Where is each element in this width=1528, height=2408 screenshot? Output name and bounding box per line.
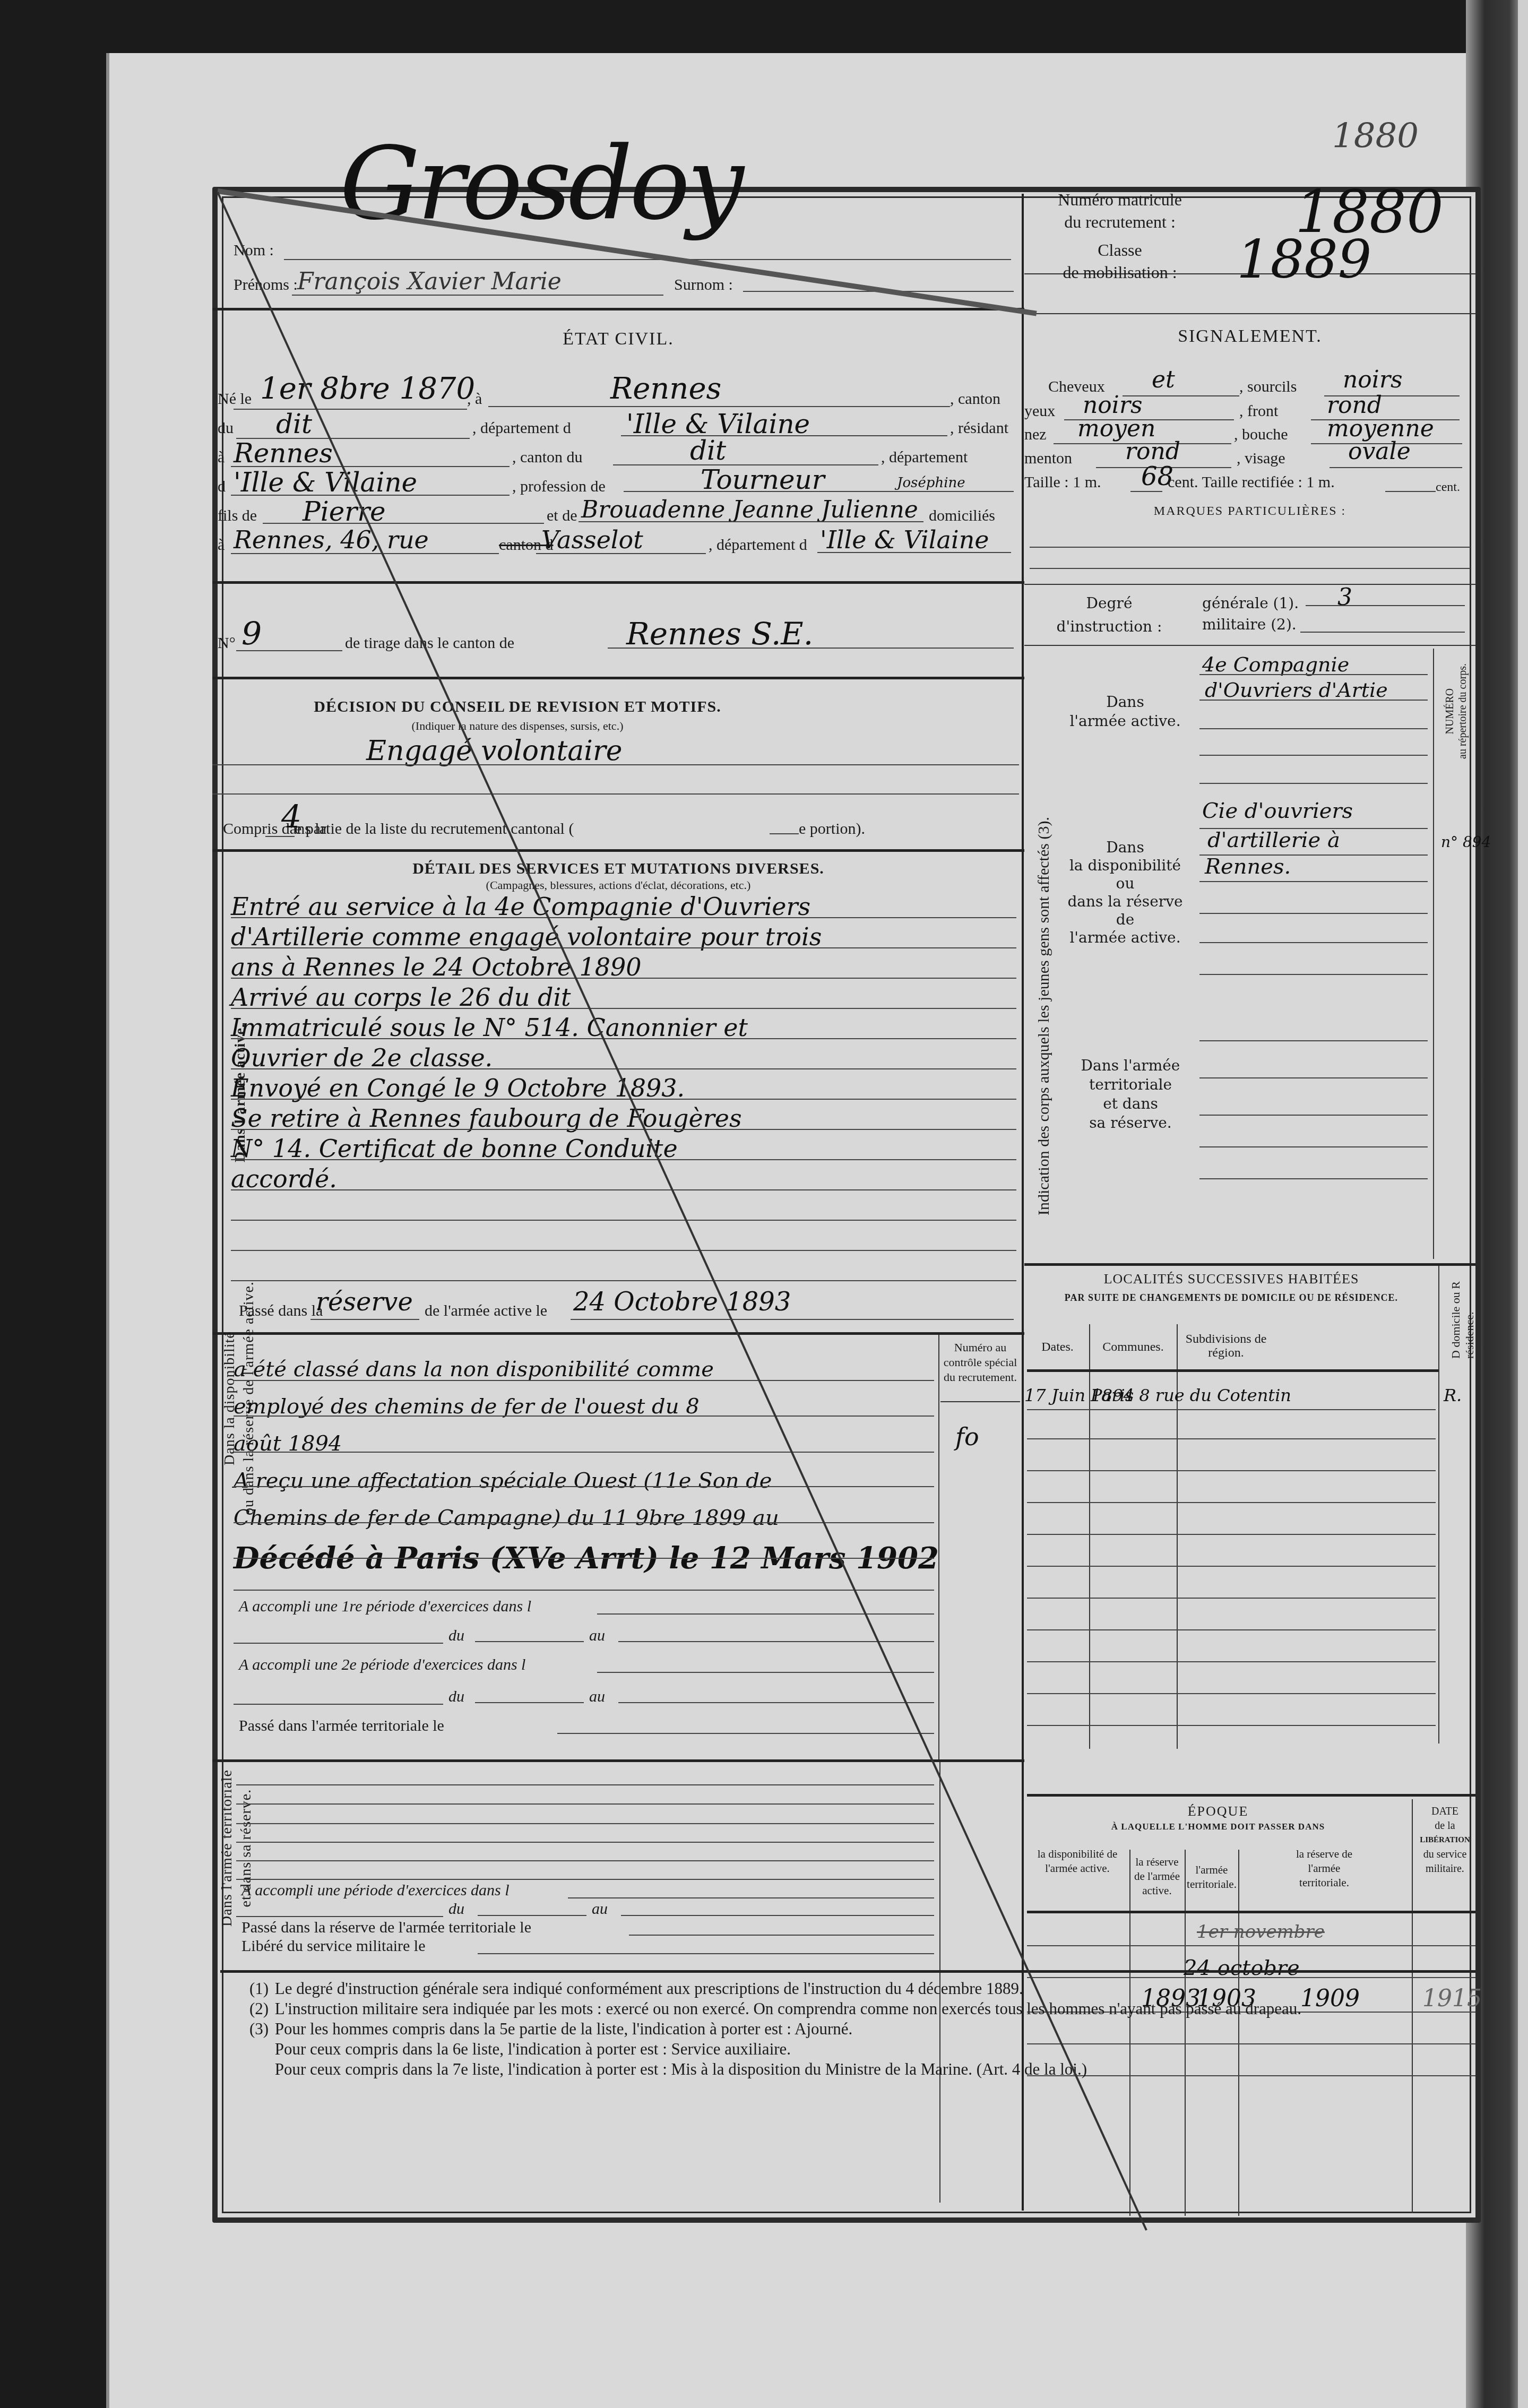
localites-line — [1027, 1502, 1436, 1503]
menton-label: menton — [1024, 450, 1072, 468]
services-rule — [231, 947, 1016, 948]
sourcils-label: , sourcils — [1239, 378, 1297, 396]
disponibilite-rule — [234, 1452, 934, 1453]
footnotes-divider — [220, 1970, 1475, 1973]
generale-line — [1306, 605, 1465, 606]
disponibilite-rule — [234, 1416, 934, 1417]
armee-active-label: de l'armée active le — [425, 1302, 547, 1320]
taille-label: Taille : 1 m. — [1024, 473, 1101, 491]
a-label: , à — [467, 390, 482, 408]
periode1-du-label: du — [448, 1627, 464, 1645]
localites-line — [1027, 1725, 1436, 1726]
et-de-label: et de — [547, 507, 577, 525]
territoriale-rule — [236, 1803, 934, 1805]
services-rule — [231, 1159, 1016, 1160]
d-label: d — [218, 478, 226, 496]
marques-line — [1030, 568, 1470, 569]
divider — [940, 1401, 1020, 1402]
corps-line — [1199, 700, 1428, 701]
disponibilite-line: employé des chemins de fer de l'ouest du… — [234, 1388, 939, 1425]
corner-annotation: 1880 — [1332, 117, 1419, 156]
epoque-line — [1027, 1977, 1475, 1978]
services-rule — [231, 1250, 1016, 1251]
no-label: N° — [218, 634, 236, 652]
no-value: 9 — [241, 616, 262, 653]
services-rule — [231, 1008, 1016, 1009]
corps-value: 4e Compagnie — [1202, 653, 1349, 676]
nom-label: Nom : — [234, 241, 274, 260]
passe-reserve-label: Passé dans la réserve de l'armée territo… — [241, 1919, 531, 1937]
nom-line — [284, 259, 1011, 260]
epoque-col-reserve-active: la réserve de l'armée active. — [1130, 1855, 1184, 1898]
localites-line — [1027, 1566, 1436, 1567]
epoque-col-territoriale: l'armée territoriale. — [1186, 1863, 1238, 1892]
disponibilite-line: Chemins de fer de Campagne) du 11 9bre 1… — [234, 1499, 939, 1537]
services-rule — [231, 1280, 1016, 1281]
classe-value: 1889 — [1237, 228, 1372, 290]
prenoms-line — [292, 295, 663, 296]
marques-label: MARQUES PARTICULIÈRES : — [1024, 504, 1475, 519]
column-divider — [1022, 194, 1024, 2211]
a3-label: à — [218, 536, 225, 554]
territoriale-rule — [236, 1860, 934, 1861]
periode1-from-line — [234, 1643, 443, 1644]
footnote-1: (1) Le degré d'instruction générale sera… — [249, 1979, 1301, 1999]
epoque-struck-note: 1er novembre — [1197, 1921, 1325, 1943]
footnote-3c: Pour ceux compris dans la 7e liste, l'in… — [249, 2059, 1301, 2079]
fils-de-label: fils de — [218, 507, 257, 525]
corps-line — [1199, 728, 1428, 729]
disponibilite-rule — [234, 1558, 934, 1559]
passe-date-line — [571, 1319, 1014, 1320]
canton-du-value: dit — [690, 435, 726, 466]
epoque-value-reserve-territoriale: 1909 — [1300, 1985, 1360, 2012]
disponibilite-line: août 1894 — [234, 1425, 939, 1462]
localites-col-dates: Dates. — [1027, 1340, 1088, 1354]
residant-label: , résidant — [950, 419, 1008, 437]
decision-value: Engagé volontaire — [366, 735, 623, 767]
passe-line — [310, 1319, 419, 1320]
tirage-line — [608, 648, 1014, 649]
surname-value: Grosdoy — [340, 125, 741, 242]
liberation-divider — [1412, 1799, 1413, 2213]
taille-line — [1130, 491, 1162, 492]
domicile-line — [231, 553, 499, 554]
etat-civil-title: ÉTAT CIVIL. — [212, 329, 1024, 349]
footnote-3: (3) Pour les hommes compris dans la 5e p… — [249, 2019, 1301, 2039]
corps-line — [1199, 783, 1428, 784]
epoque-subtitle: À LAQUELLE L'HOMME DOIT PASSER DANS — [1027, 1822, 1409, 1832]
tirage-label: de tirage dans le canton de — [345, 634, 514, 652]
yeux-label: yeux — [1024, 402, 1055, 420]
departement3-line — [817, 552, 1011, 553]
localites-col-subdivisions: Subdivisions de région. — [1178, 1332, 1274, 1360]
epoque-col-disponibilite: la disponibilité de l'armée active. — [1027, 1847, 1128, 1876]
passe-reserve-line — [629, 1935, 934, 1936]
corps-row-label: Dans l'armée territoriale et dans sa rés… — [1061, 1056, 1199, 1133]
facing-page-edge — [1518, 0, 1528, 2408]
periode2-from-line — [234, 1704, 443, 1705]
passe-territoriale-label: Passé dans l'armée territoriale le — [239, 1717, 444, 1735]
services-subtitle: (Campagnes, blessures, actions d'éclat, … — [212, 878, 1024, 892]
services-rule — [231, 1220, 1016, 1221]
localites-col-communes: Communes. — [1091, 1340, 1176, 1354]
territoriale-periode-line — [568, 1897, 934, 1898]
services-rule — [231, 1189, 1016, 1190]
corps-line — [1199, 1077, 1428, 1078]
services-title: DÉTAIL DES SERVICES ET MUTATIONS DIVERSE… — [212, 860, 1024, 878]
divider — [212, 677, 1024, 679]
visage-line — [1330, 467, 1462, 468]
portion-line — [770, 833, 799, 834]
visage-value: ovale — [1348, 438, 1411, 465]
no-line — [236, 650, 342, 651]
rue-value: Vasselot — [541, 525, 643, 554]
territoriale-au-line — [621, 1915, 934, 1916]
corps-numero-value: n° 894 — [1441, 833, 1491, 851]
disponibilite-rule — [234, 1590, 934, 1591]
territoriale-rule — [236, 1823, 934, 1824]
footnote-3b: Pour ceux compris dans la 6e liste, l'in… — [249, 2039, 1301, 2059]
localites-line — [1027, 1409, 1436, 1410]
profession-line — [624, 491, 1014, 492]
divider — [212, 1332, 1024, 1335]
disponibilite-line: a été classé dans la non disponibilité c… — [234, 1351, 939, 1388]
periode2-du-line — [475, 1702, 584, 1703]
periode2-au-label: au — [589, 1688, 605, 1706]
periode1-au-line — [618, 1641, 934, 1642]
mere-addition: Joséphine — [897, 475, 965, 491]
corps-value: d'artillerie à — [1207, 828, 1340, 852]
ne-le-label: Né le — [218, 390, 252, 408]
taille-rectifiee-label: cent. Taille rectifiée : 1 m. — [1168, 473, 1335, 491]
decision-line — [212, 793, 1019, 795]
corps-line — [1199, 974, 1428, 975]
a-line — [488, 406, 950, 407]
periode1-du-line — [475, 1641, 584, 1642]
domicilies-label: domiciliés — [929, 507, 995, 525]
decision-line — [212, 764, 1019, 765]
decision-subtitle: (Indiquer la nature des dispenses, sursi… — [212, 719, 823, 733]
territoriale-du-label: du — [448, 1900, 464, 1918]
d-line — [231, 495, 510, 496]
disponibilite-rule — [234, 1486, 934, 1487]
generale-label: générale (1). — [1202, 594, 1299, 612]
departement-label: , département d — [472, 419, 571, 437]
generale-value: 3 — [1337, 584, 1352, 611]
liberation-header: DATE de la LIBÉRATION du service militai… — [1414, 1805, 1475, 1876]
corps-line — [1199, 1178, 1428, 1179]
a2-value: Rennes — [234, 438, 333, 469]
periode2-au-line — [618, 1702, 934, 1703]
liberation-value: 1915 — [1422, 1985, 1482, 2012]
disponibilite-rule — [234, 1380, 934, 1381]
canton-du-label: , canton du — [512, 448, 582, 467]
controle-value: fo — [955, 1422, 979, 1451]
epoque-title: ÉPOQUE — [1027, 1803, 1409, 1819]
departement3-label: , département d — [709, 536, 807, 554]
libere-label: Libéré du service militaire le — [241, 1937, 426, 1955]
departement-line — [621, 435, 947, 436]
departement2-label: , département — [881, 448, 968, 467]
passe-territoriale-line — [557, 1733, 934, 1734]
periode2-line — [597, 1672, 934, 1673]
territoriale-du-line — [478, 1915, 586, 1916]
services-entries: Entré au service à la 4e Compagnie d'Ouv… — [231, 892, 822, 1194]
corps-line — [1199, 674, 1428, 675]
localites-line — [1027, 1629, 1436, 1630]
corps-value: Cie d'ouvriers — [1202, 799, 1353, 823]
localites-dr-divider — [1438, 1266, 1439, 1744]
corps-line — [1199, 1115, 1428, 1116]
divider — [1027, 1794, 1475, 1797]
departement3-value: 'Ille & Vilaine — [820, 525, 989, 554]
services-rule — [231, 1129, 1016, 1130]
territoriale-rule — [236, 1842, 934, 1843]
periode1-line — [597, 1613, 934, 1615]
a2-label: à — [218, 448, 225, 467]
divider — [1024, 1263, 1475, 1266]
territoriale-rule — [236, 1784, 934, 1785]
compris-line — [265, 836, 295, 837]
corps-value: Rennes. — [1205, 855, 1291, 879]
divider — [1024, 313, 1475, 314]
cheveux-value: et — [1152, 366, 1175, 393]
territoriale-au-label: au — [592, 1900, 608, 1918]
visage-label: , visage — [1237, 450, 1285, 468]
localites-line — [1027, 1693, 1436, 1694]
compris-suffix: e partie de la liste du recrutement cant… — [295, 820, 574, 838]
divider — [1027, 1369, 1438, 1372]
surnom-label: Surnom : — [674, 276, 733, 294]
passe-date: 24 Octobre 1893 — [573, 1287, 791, 1317]
prenoms-label: Prénoms : — [234, 276, 298, 294]
periode2-label: A accompli une 2e période d'exercices da… — [239, 1656, 525, 1674]
localites-commune: Paris 8 rue du Cotentin — [1091, 1385, 1291, 1405]
numero-column-divider — [1433, 649, 1434, 1259]
periode1-label: A accompli une 1re période d'exercices d… — [239, 1598, 531, 1616]
corps-line — [1199, 828, 1428, 829]
corps-line — [1199, 913, 1428, 914]
services-rule — [231, 917, 1016, 918]
prenoms-value: François Xavier Marie — [297, 268, 562, 295]
corps-line — [1199, 855, 1428, 856]
corps-line — [1199, 1040, 1428, 1041]
signalement-title: SIGNALEMENT. — [1024, 326, 1475, 347]
matricule-label: Numéro matricule du recrutement : — [1035, 188, 1205, 233]
canton-label: , canton — [950, 390, 1000, 408]
marques-line — [1030, 547, 1470, 548]
domicile-value: Rennes, 46, rue — [234, 525, 429, 554]
d-value: 'Ille & Vilaine — [234, 467, 417, 498]
sourcils-value: noirs — [1343, 366, 1403, 393]
footnotes: (1) Le degré d'instruction générale sera… — [249, 1979, 1301, 2079]
ne-le-line — [234, 409, 467, 410]
footnote-2: (2) L'instruction militaire sera indiqué… — [249, 1999, 1301, 2019]
rue-line — [536, 553, 706, 554]
mere-line — [579, 521, 923, 522]
epoque-col-reserve-territoriale: la réserve de l'armée territoriale. — [1239, 1847, 1409, 1890]
decision-title: DÉCISION DU CONSEIL DE REVISION ET MOTIF… — [212, 698, 823, 716]
a-value: Rennes — [610, 372, 721, 406]
menton-value: rond — [1125, 438, 1180, 465]
instruction-label: Degré d'instruction : — [1040, 592, 1178, 638]
controle-header: Numéro au contrôle spécial du recrutemen… — [940, 1340, 1020, 1385]
passe-value: réserve — [316, 1287, 413, 1317]
corps-value: d'Ouvriers d'Artie — [1205, 678, 1388, 702]
disponibilite-rule — [234, 1522, 934, 1523]
periode2-du-label: du — [448, 1688, 464, 1706]
nez-label: nez — [1024, 426, 1047, 444]
tirage-value: Rennes S.E. — [626, 616, 813, 652]
divider — [212, 308, 1024, 310]
front-label: , front — [1239, 402, 1278, 420]
militaire-line — [1300, 632, 1465, 633]
services-rule — [231, 978, 1016, 979]
territoriale-rule — [236, 1879, 934, 1880]
profession-label: , profession de — [512, 478, 606, 496]
corps-line — [1199, 1146, 1428, 1147]
localites-line — [1027, 1661, 1436, 1662]
corps-side-label: Indication des corps auxquels les jeunes… — [1035, 685, 1053, 1215]
mere-value: Brouadenne Jeanne Julienne — [581, 496, 918, 523]
militaire-label: militaire (2). — [1202, 616, 1297, 633]
divider — [1027, 1911, 1475, 1913]
portion-suffix: e portion). — [799, 820, 865, 838]
corps-line — [1199, 755, 1428, 756]
localites-dr: R. — [1444, 1385, 1462, 1405]
corps-row-label: Dans l'armée active. — [1061, 693, 1189, 731]
cent-label: cent. — [1436, 480, 1460, 495]
classe-label: Classe de mobilisation : — [1035, 239, 1205, 283]
divider — [212, 1759, 1024, 1762]
epoque-line — [1027, 1945, 1475, 1946]
services-rule — [231, 1068, 1016, 1069]
du-label: du — [218, 419, 234, 437]
localites-dr-header: D domicile ou R résidence. — [1449, 1253, 1477, 1359]
territoriale-periode-label: A accompli une période d'exercices dans … — [241, 1881, 510, 1900]
corps-line — [1199, 942, 1428, 943]
corps-line — [1199, 881, 1428, 882]
localites-line — [1027, 1598, 1436, 1599]
disponibilite-line: A reçu une affectation spéciale Ouest (1… — [234, 1462, 939, 1499]
divider — [1024, 645, 1475, 646]
taille-rectifiee-line — [1385, 491, 1436, 492]
ne-le-value: 1er 8bre 1870 — [260, 372, 475, 406]
du-value: dit — [276, 409, 312, 439]
localites-line — [1027, 1438, 1436, 1439]
periode1-au-label: au — [589, 1627, 605, 1645]
localites-subtitle: PAR SUITE DE CHANGEMENTS DE DOMICILE OU … — [1024, 1292, 1438, 1304]
territoriale-side-label: Dans l'armée territoriale et dans sa rés… — [218, 1770, 256, 1927]
localites-line — [1027, 1534, 1436, 1535]
services-rule — [231, 1038, 1016, 1039]
divider — [212, 849, 1024, 852]
localites-title: LOCALITÉS SUCCESSIVES HABITÉES — [1024, 1271, 1438, 1287]
divider — [212, 581, 1024, 584]
divider — [1024, 584, 1475, 585]
libere-line — [478, 1953, 934, 1954]
pere-line — [263, 523, 544, 524]
bouche-label: , bouche — [1234, 426, 1288, 444]
localites-line — [1027, 1470, 1436, 1471]
corps-row-label: Dans la disponibilité ou dans la réserve… — [1061, 839, 1189, 947]
numero-repertoire-label: NUMÉRO au répertoire du corps. — [1444, 663, 1469, 759]
territoriale-from-line — [236, 1916, 443, 1917]
services-rule — [231, 1099, 1016, 1100]
